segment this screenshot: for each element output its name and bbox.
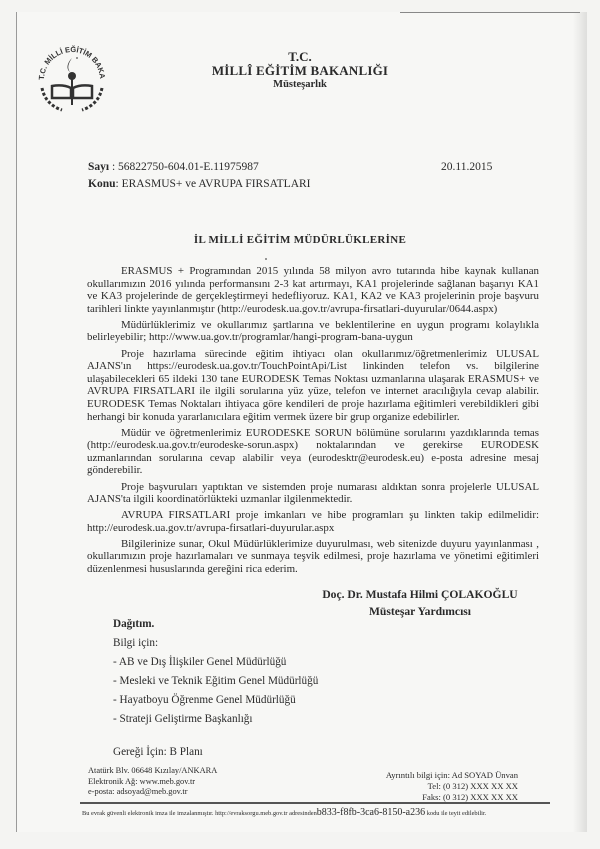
- konu-value: : ERASMUS+ ve AVRUPA FIRSATLARI: [116, 178, 311, 190]
- paragraph: AVRUPA FIRSATLARI proje imkanları ve hib…: [87, 509, 539, 534]
- verification-prefix: Bu evrak güvenli elektronik imza ile imz…: [82, 810, 317, 817]
- distribution-title: Dağıtım.: [113, 615, 318, 634]
- footer-street: Atatürk Blv. 06648 Kızılay/ANKARA: [88, 766, 217, 777]
- paragraph: Proje başvuruları yaptıktan ve sistemden…: [87, 481, 539, 506]
- subject-line: Konu: ERASMUS+ ve AVRUPA FIRSATLARI: [88, 178, 311, 190]
- distribution-item: - AB ve Dış İlişkiler Genel Müdürlüğü: [113, 653, 318, 672]
- footer-divider: [80, 802, 550, 804]
- paragraph: Müdürlüklerimiz ve okullarımız şartların…: [87, 319, 539, 344]
- paragraph: Bilgilerinize sunar, Okul Müdürlüklerimi…: [87, 538, 539, 576]
- footer-contact-person: Ayrıntılı bilgi için: Ad SOYAD Ünvan: [372, 770, 518, 781]
- footer-tel: Tel: (0 312) XXX XX XX: [372, 781, 518, 792]
- reference-number: Sayı : 56822750-604.01-E.11975987: [88, 161, 259, 173]
- footer-email-link[interactable]: e-posta: adsoyad@meb.gov.tr: [88, 787, 217, 798]
- distribution-action: Gereği İçin: B Planı: [113, 743, 318, 762]
- konu-label: Konu: [88, 178, 116, 190]
- signatory-name: Doç. Dr. Mustafa Hilmi ÇOLAKOĞLU: [310, 588, 530, 601]
- distribution-info-label: Bilgi için:: [113, 634, 318, 653]
- scan-shadow: [573, 12, 587, 832]
- verification-code: b833-f8fb-3ca6-8150-a236: [317, 807, 425, 818]
- distribution-item: - Strateji Geliştirme Başkanlığı: [113, 710, 318, 729]
- scan-speck: [76, 57, 78, 59]
- distribution-item: - Hayatboyu Öğrenme Genel Müdürlüğü: [113, 691, 318, 710]
- sayi-value: : 56822750-604.01-E.11975987: [112, 161, 259, 173]
- addressee: İL MİLLİ EĞİTİM MÜDÜRLÜKLERİNE: [0, 234, 600, 246]
- document-date: 20.11.2015: [441, 161, 492, 173]
- sayi-label: Sayı: [88, 161, 109, 173]
- signatory-title: Müsteşar Yardımcısı: [310, 605, 530, 618]
- distribution-block: Dağıtım. Bilgi için: - AB ve Dış İlişkil…: [113, 615, 318, 762]
- paragraph: Proje hazırlama sürecinde eğitim ihtiyac…: [87, 348, 539, 424]
- distribution-item: - Mesleki ve Teknik Eğitim Genel Müdürlü…: [113, 672, 318, 691]
- scan-edge-line: [400, 12, 580, 13]
- letterhead-department: Müsteşarlık: [0, 79, 600, 90]
- letterhead-ministry: MİLLÎ EĞİTİM BAKANLIĞI: [0, 63, 600, 79]
- footer-address: Atatürk Blv. 06648 Kızılay/ANKARA Elektr…: [88, 766, 217, 798]
- paragraph: ERASMUS + Programından 2015 yılında 58 m…: [87, 265, 539, 315]
- footer-contact: Ayrıntılı bilgi için: Ad SOYAD Ünvan Tel…: [372, 770, 518, 803]
- paragraph: Müdür ve öğretmenlerimiz EURODESKE SORUN…: [87, 427, 539, 477]
- letter-body: ERASMUS + Programından 2015 yılında 58 m…: [87, 265, 539, 579]
- scan-speck: [265, 258, 267, 260]
- verification-suffix: kodu ile teyit edilebilir.: [425, 810, 486, 817]
- footer-web-link[interactable]: Elektronik Ağ: www.meb.gov.tr: [88, 777, 217, 788]
- verification-note: Bu evrak güvenli elektronik imza ile imz…: [82, 807, 486, 818]
